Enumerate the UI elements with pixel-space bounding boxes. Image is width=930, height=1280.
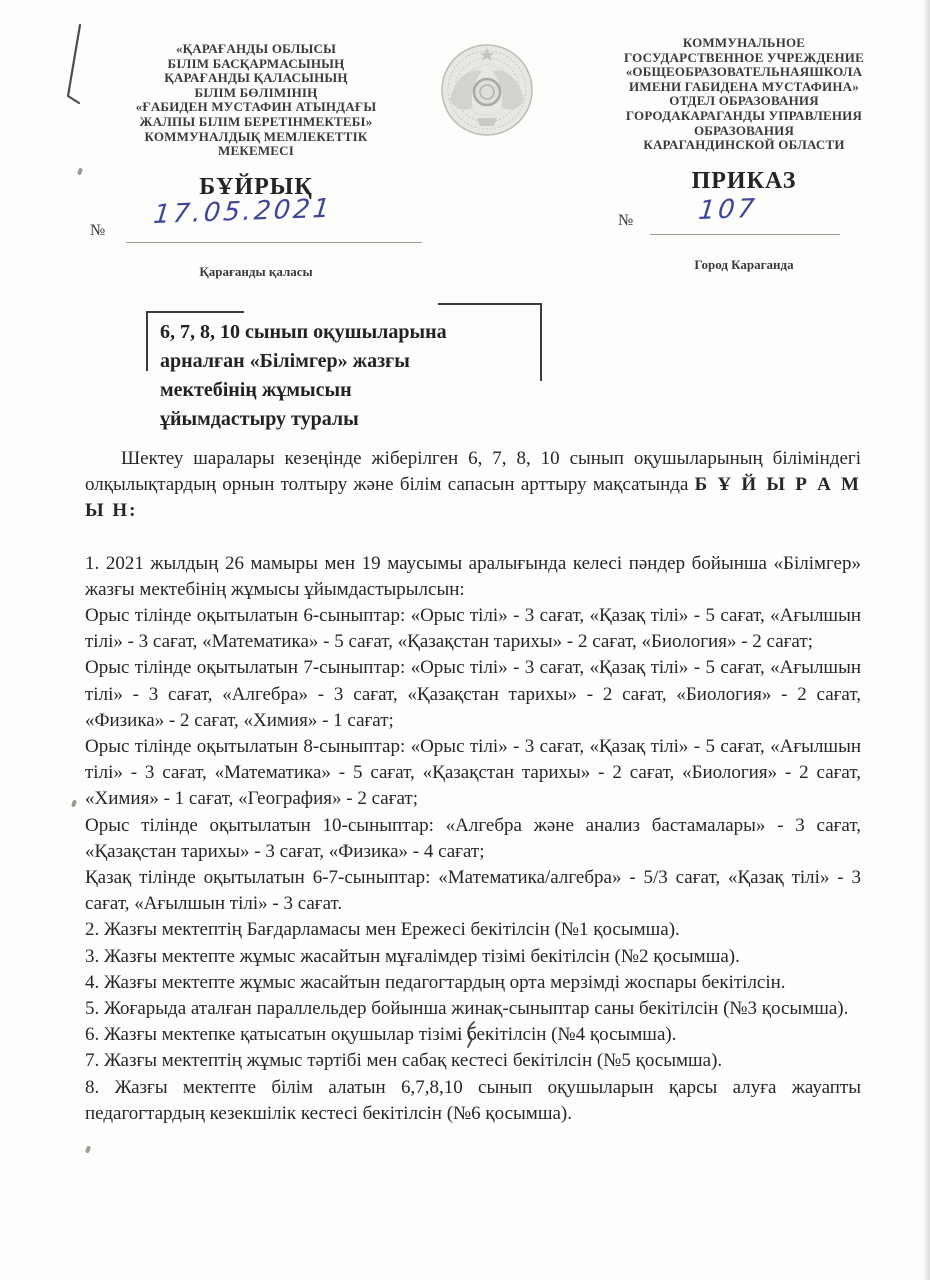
body-paragraph: 6. Жазғы мектепке қатысатын оқушылар тіз… <box>85 1022 861 1048</box>
org-line: КОММУНАЛДЫҚ МЕМЛЕКЕТТІК <box>70 130 442 145</box>
org-line: МЕКЕМЕСІ <box>70 144 442 159</box>
body-paragraph: 2. Жазғы мектептің Бағдарламасы мен Ереж… <box>85 917 861 943</box>
org-line: «ҚАРАҒАНДЫ ОБЛЫСЫ <box>70 42 442 57</box>
org-line: ЖАЛПЫ БІЛІМ БЕРЕТІНМЕКТЕБІ» <box>70 115 442 130</box>
org-line: КАРАГАНДИНСКОЙ ОБЛАСТИ <box>558 138 930 153</box>
body-paragraph: 3. Жазғы мектепте жұмыс жасайтын мұғалім… <box>85 944 861 970</box>
handwritten-date: 17.05.2021 <box>152 194 334 230</box>
org-line: «ОБЩЕОБРАЗОВАТЕЛЬНАЯШКОЛА <box>558 65 930 80</box>
subject-line: мектебінің жұмысын <box>160 376 550 405</box>
body-paragraph: 4. Жазғы мектепте жұмыс жасайтын педагог… <box>85 970 861 996</box>
org-line: БІЛІМ БАСҚАРМАСЫНЫҢ <box>70 57 442 72</box>
org-line: ҚАРАҒАНДЫ ҚАЛАСЫНЫҢ <box>70 71 442 86</box>
org-line: ГОСУДАРСТВЕННОЕ УЧРЕЖДЕНИЕ <box>558 51 930 66</box>
handwritten-order-number: 107 <box>697 194 759 226</box>
number-underline <box>650 233 840 235</box>
body-paragraph: Орыс тілінде оқытылатын 8-сыныптар: «Оры… <box>85 734 861 813</box>
body-paragraph: Қазақ тілінде оқытылатын 6-7-сыныптар: «… <box>85 865 861 917</box>
body-paragraph: 8. Жазғы мектепте білім алатын 6,7,8,10 … <box>85 1075 861 1127</box>
number-sign: № <box>90 222 105 240</box>
subject-line: ұйымдастыру туралы <box>160 405 550 434</box>
order-body: Шектеу шаралары кезеңінде жіберілген 6, … <box>85 446 861 1127</box>
org-line: БІЛІМ БӨЛІМІНІҢ <box>70 86 442 101</box>
org-name-russian: КОММУНАЛЬНОЕ ГОСУДАРСТВЕННОЕ УЧРЕЖДЕНИЕ … <box>558 36 930 153</box>
body-paragraph: 1. 2021 жылдың 26 мамыры мен 19 маусымы … <box>85 551 861 603</box>
number-sign: № <box>618 212 633 230</box>
ink-speck <box>71 800 77 808</box>
ink-speck <box>85 1146 91 1154</box>
org-line: ГОРОДАКАРАГАНДЫ УПРАВЛЕНИЯ <box>558 109 930 124</box>
kazakhstan-emblem-icon <box>437 40 537 140</box>
org-name-kazakh: «ҚАРАҒАНДЫ ОБЛЫСЫ БІЛІМ БАСҚАРМАСЫНЫҢ ҚА… <box>70 42 442 159</box>
org-line: «ҒАБИДЕН МУСТАФИН АТЫНДАҒЫ <box>70 100 442 115</box>
subject-line: 6, 7, 8, 10 сынып оқушыларына <box>160 318 550 347</box>
order-subject: 6, 7, 8, 10 сынып оқушыларына арналған «… <box>160 318 550 434</box>
body-paragraph: Орыс тілінде оқытылатын 6-сыныптар: «Оры… <box>85 603 861 655</box>
org-line: ИМЕНИ ГАБИДЕНА МУСТАФИНА» <box>558 80 930 95</box>
body-paragraph: 5. Жоғарыда аталған параллельдер бойынша… <box>85 996 861 1022</box>
body-paragraph: 7. Жазғы мектептің жұмыс тәртібі мен саб… <box>85 1048 861 1074</box>
body-paragraph: Орыс тілінде оқытылатын 7-сыныптар: «Оры… <box>85 655 861 734</box>
place-kazakh: Қарағанды қаласы <box>70 264 442 280</box>
org-line: ОБРАЗОВАНИЯ <box>558 124 930 139</box>
body-paragraph: Орыс тілінде оқытылатын 10-сыныптар: «Ал… <box>85 813 861 865</box>
subject-line: арналған «Білімгер» жазғы <box>160 347 550 376</box>
org-line: ОТДЕЛ ОБРАЗОВАНИЯ <box>558 94 930 109</box>
place-russian: Город Караганда <box>558 257 930 273</box>
order-title-russian: ПРИКАЗ <box>558 168 930 195</box>
intro-paragraph: Шектеу шаралары кезеңінде жіберілген 6, … <box>85 446 861 525</box>
scanned-order-document: «ҚАРАҒАНДЫ ОБЛЫСЫ БІЛІМ БАСҚАРМАСЫНЫҢ ҚА… <box>0 0 930 1280</box>
org-line: КОММУНАЛЬНОЕ <box>558 36 930 51</box>
number-underline <box>126 241 422 243</box>
